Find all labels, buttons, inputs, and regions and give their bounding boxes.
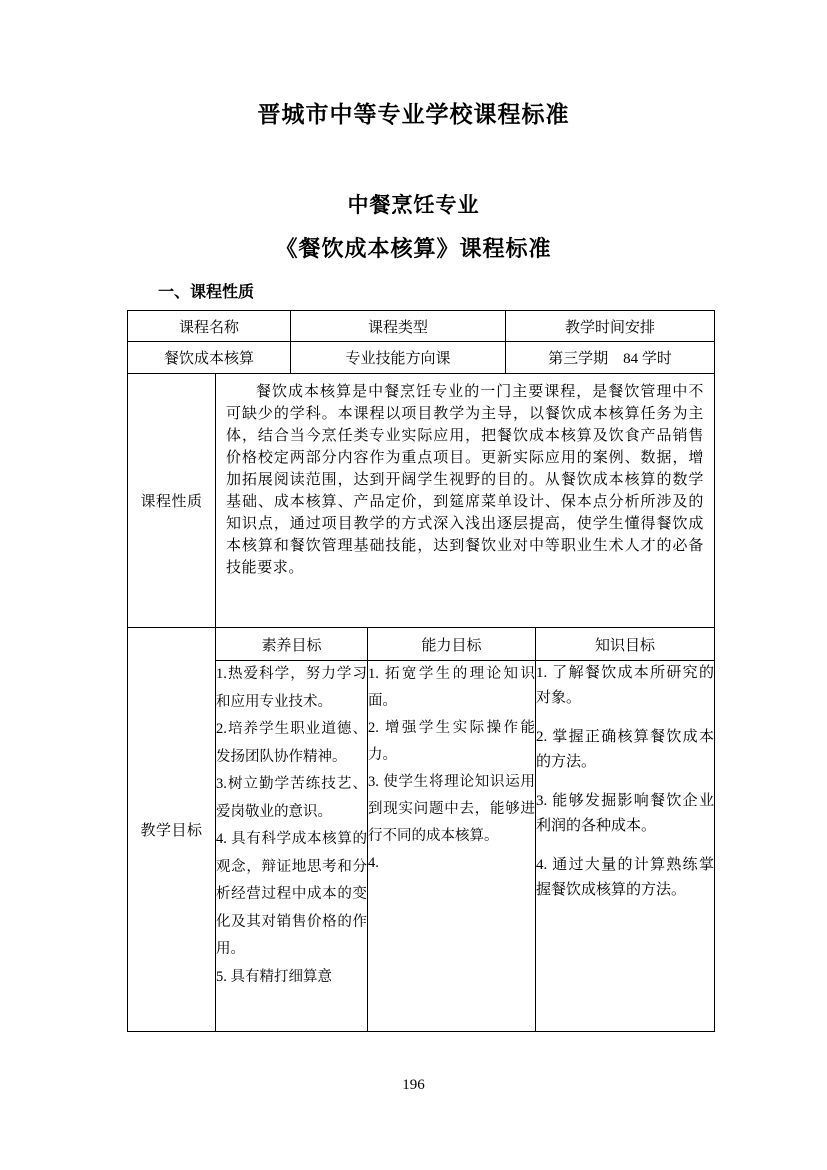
header-course-name: 课程名称 — [128, 311, 291, 342]
objective-item: 2.培养学生职业道德、发扬团队协作精神。 — [216, 716, 367, 771]
header-course-type: 课程类型 — [291, 311, 506, 342]
objectives-header-row: 教学目标 素养目标 能力目标 知识目标 — [128, 628, 715, 661]
page-number: 196 — [0, 1076, 827, 1095]
objective-item: 2. 掌握正确核算餐饮成本的方法。 — [536, 725, 714, 775]
course-nature-cell: 餐饮成本核算是中餐烹饪专业的一门主要课程，是餐饮管理中不可缺少的学科。本课程以项… — [216, 374, 715, 628]
knowledge-objectives-header: 知识目标 — [536, 628, 715, 661]
objective-item: 5. 具有精打细算意 — [216, 964, 367, 992]
course-nature-label: 课程性质 — [128, 374, 216, 628]
document-page: 晋城市中等专业学校课程标准 中餐烹饪专业 《餐饮成本核算》课程标准 一、课程性质… — [0, 0, 827, 1170]
teaching-objectives-label: 教学目标 — [128, 628, 216, 1032]
course-nature-table: 课程性质 餐饮成本核算是中餐烹饪专业的一门主要课程，是餐饮管理中不可缺少的学科。… — [127, 373, 715, 628]
cell-course-name: 餐饮成本核算 — [128, 342, 291, 374]
course-standard-subtitle: 《餐饮成本核算》课程标准 — [0, 236, 827, 262]
objective-item: 3. 能够发掘影响餐饮企业利润的各种成本。 — [536, 789, 714, 839]
objective-item: 1.热爱科学，努力学习和应用专业技术。 — [216, 661, 367, 716]
course-info-data-row: 餐饮成本核算 专业技能方向课 第三学期 84 学时 — [128, 342, 715, 374]
objective-item: 4. 具有科学成本核算的观念，辩证地思考和分析经营过程中成本的变化及其对销售价格… — [216, 826, 367, 964]
document-title: 晋城市中等专业学校课程标准 — [0, 0, 827, 129]
course-nature-text: 餐饮成本核算是中餐烹饪专业的一门主要课程，是餐饮管理中不可缺少的学科。本课程以项… — [226, 381, 704, 579]
objective-item: 4. 通过大量的计算熟练掌握餐饮成核算的方法。 — [536, 853, 714, 903]
literacy-objectives-header: 素养目标 — [216, 628, 368, 661]
teaching-objectives-table: 教学目标 素养目标 能力目标 知识目标 1.热爱科学，努力学习和应用专业技术。 … — [127, 627, 715, 1032]
objective-item: 4. — [368, 850, 535, 877]
objective-item: 1. 拓宽学生的理论知识面。 — [368, 661, 535, 715]
objective-item: 1. 了解餐饮成本所研究的对象。 — [536, 661, 714, 711]
header-teaching-time: 教学时间安排 — [506, 311, 715, 342]
course-info-table: 课程名称 课程类型 教学时间安排 餐饮成本核算 专业技能方向课 第三学期 84 … — [127, 310, 715, 374]
course-nature-row: 课程性质 餐饮成本核算是中餐烹饪专业的一门主要课程，是餐饮管理中不可缺少的学科。… — [128, 374, 715, 628]
course-info-header-row: 课程名称 课程类型 教学时间安排 — [128, 311, 715, 342]
objective-item: 3.树立勤学苦练技艺、爱岗敬业的意识。 — [216, 771, 367, 826]
major-subtitle: 中餐烹饪专业 — [0, 193, 827, 217]
objectives-content-row: 1.热爱科学，努力学习和应用专业技术。 2.培养学生职业道德、发扬团队协作精神。… — [128, 661, 715, 1032]
cell-teaching-time: 第三学期 84 学时 — [506, 342, 715, 374]
ability-objectives-header: 能力目标 — [368, 628, 536, 661]
cell-course-type: 专业技能方向课 — [291, 342, 506, 374]
objective-item: 3. 使学生将理论知识运用到现实问题中去，能够进行不同的成本核算。 — [368, 769, 535, 850]
literacy-objectives-list: 1.热爱科学，努力学习和应用专业技术。 2.培养学生职业道德、发扬团队协作精神。… — [216, 661, 368, 1032]
objective-item: 2. 增强学生实际操作能力。 — [368, 715, 535, 769]
knowledge-objectives-list: 1. 了解餐饮成本所研究的对象。 2. 掌握正确核算餐饮成本的方法。 3. 能够… — [536, 661, 715, 1032]
ability-objectives-list: 1. 拓宽学生的理论知识面。 2. 增强学生实际操作能力。 3. 使学生将理论知… — [368, 661, 536, 1032]
section-heading: 一、课程性质 — [158, 283, 827, 302]
